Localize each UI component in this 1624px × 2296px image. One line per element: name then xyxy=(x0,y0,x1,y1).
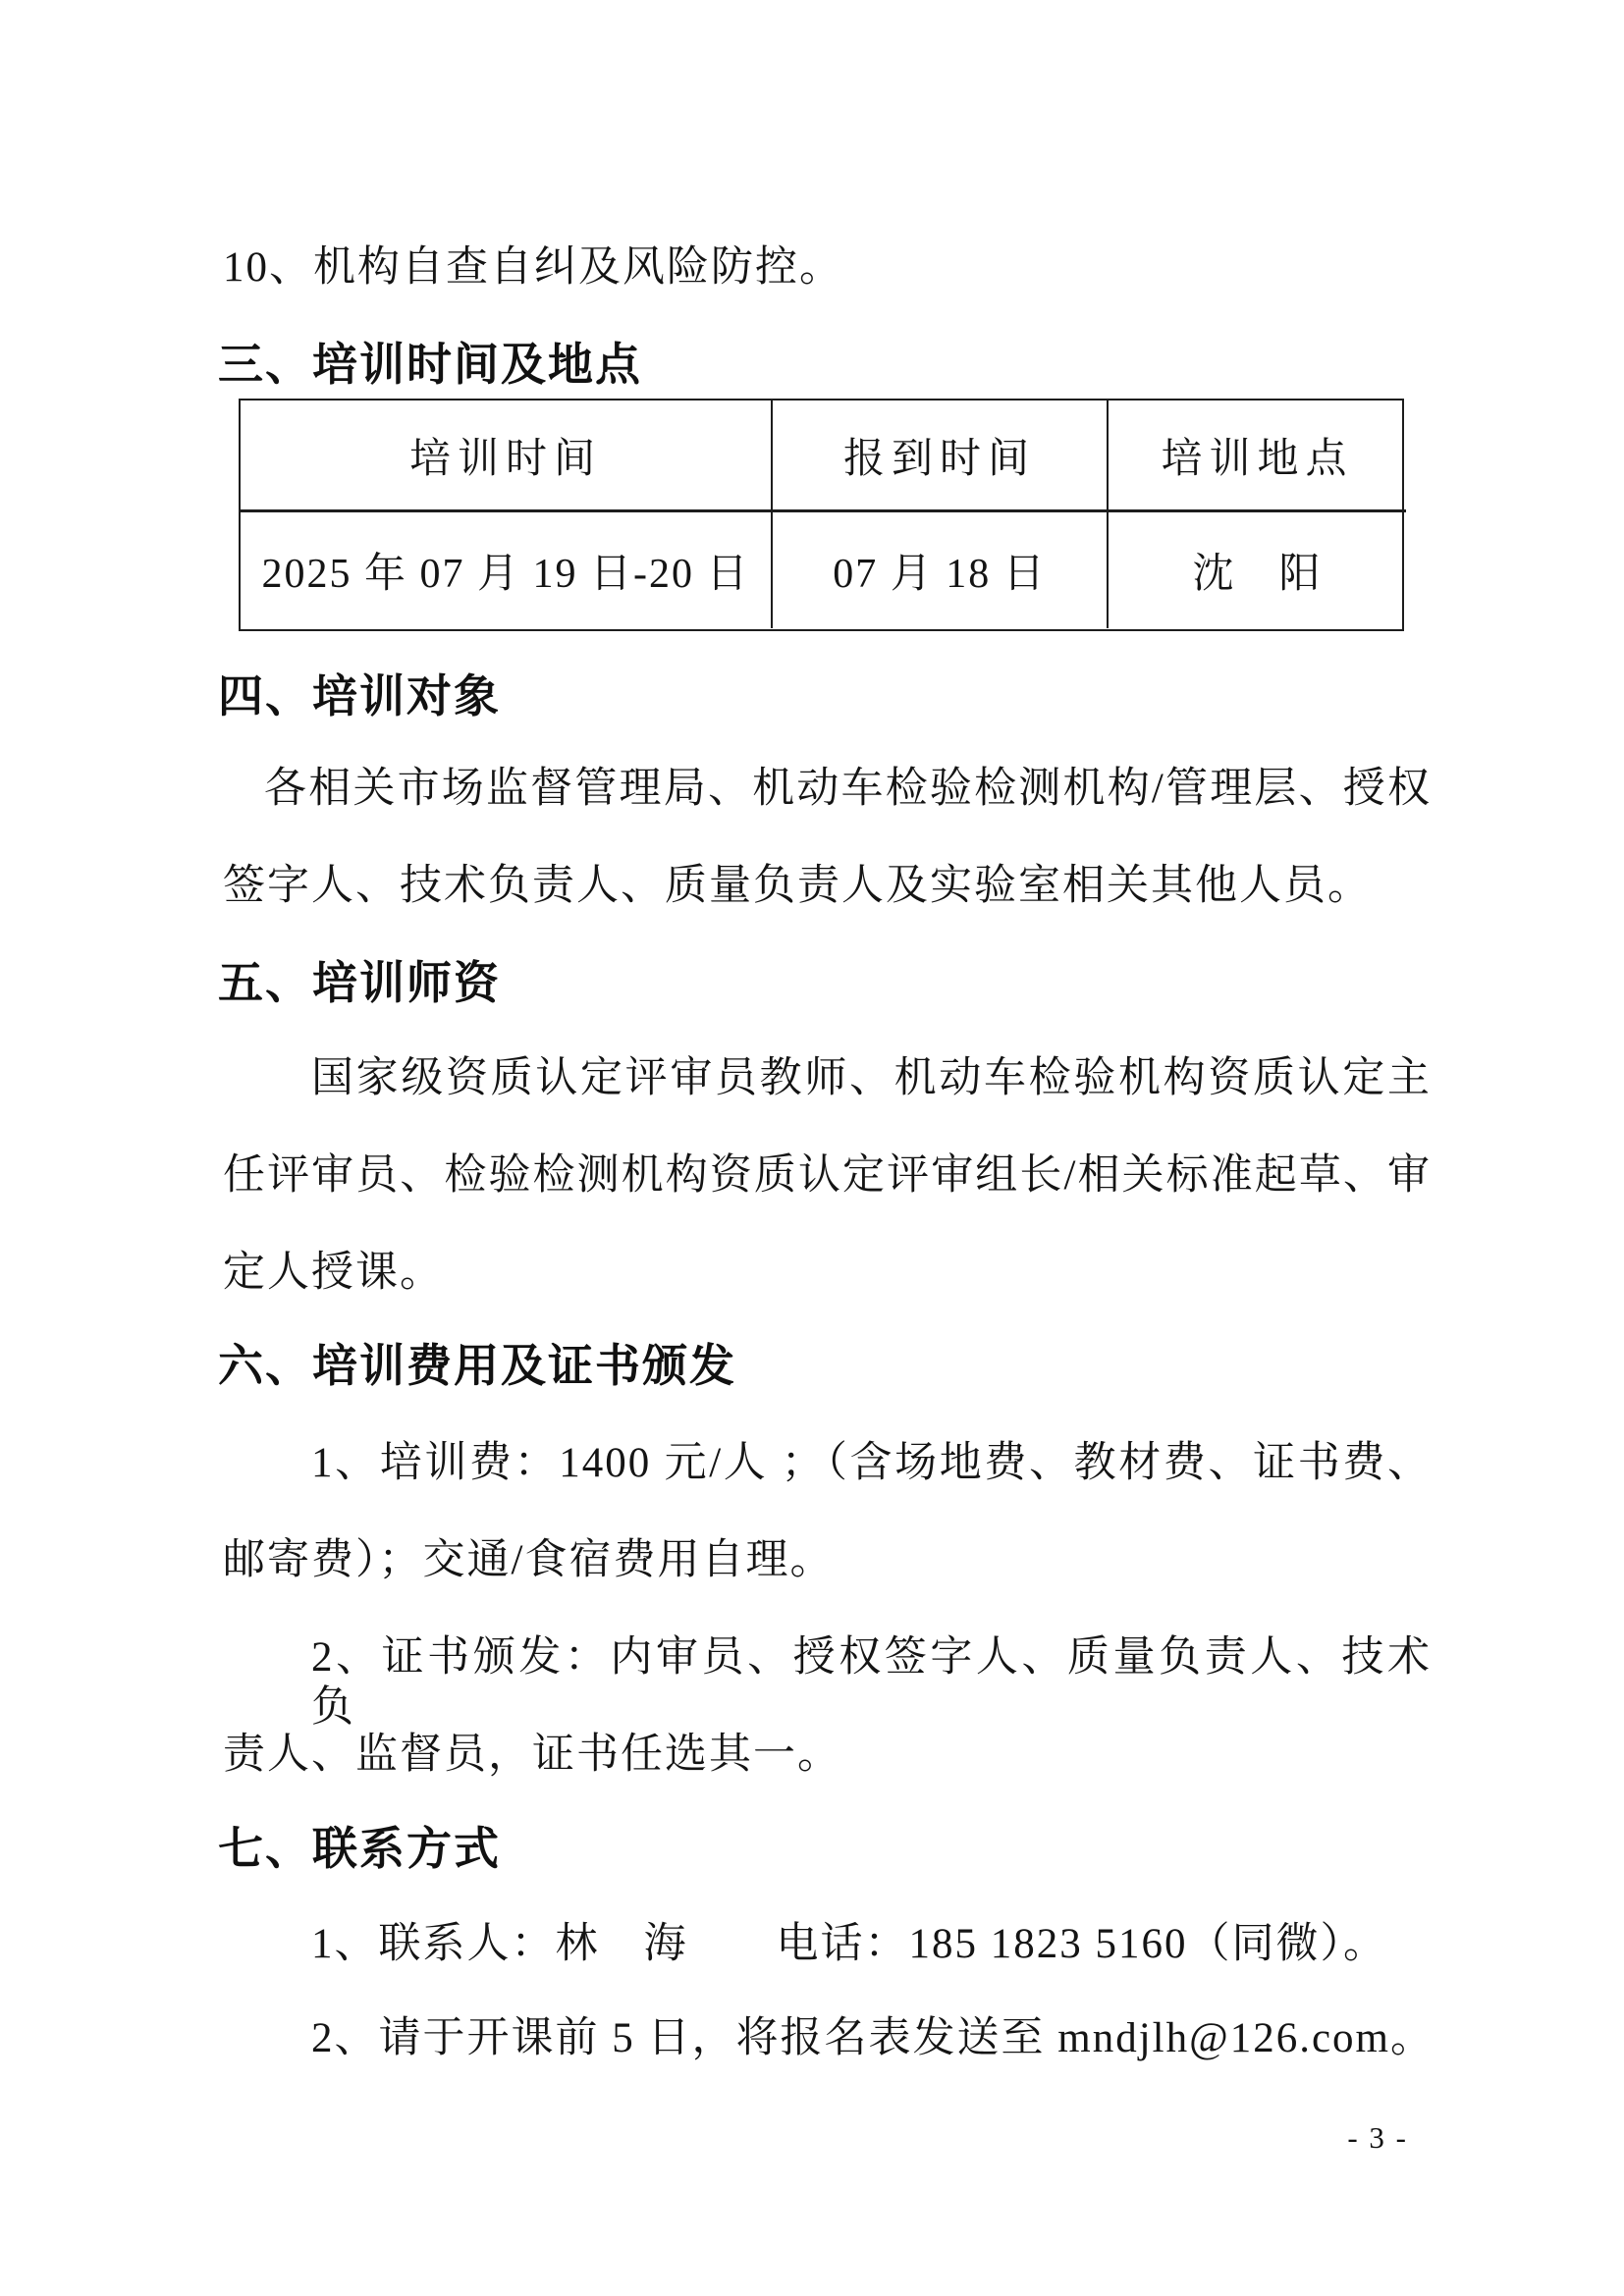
table-cell-training-time: 2025 年 07 月 19 日-20 日 xyxy=(241,512,773,628)
section-6-item-2-line: 2、证书颁发：内审员、授权签字人、质量负责人、技术负 xyxy=(223,1633,1432,1733)
table-header-training-location: 培训地点 xyxy=(1109,400,1406,512)
section-6-item-1-line: 1、培训费：1400 元/人 ；（含场地费、教材费、证书费、 xyxy=(223,1439,1432,1489)
training-schedule-table: 培训时间 报到时间 培训地点 2025 年 07 月 19 日-20 日 07 … xyxy=(239,399,1404,631)
section-7-item-1: 1、联系人：林 海 电话：185 1823 5160（同微）。 xyxy=(223,1920,1432,1970)
table-cell-checkin-time: 07 月 18 日 xyxy=(773,512,1109,628)
section-6-item-2-line: 责人、监督员，证书任选其一。 xyxy=(223,1731,1432,1781)
section-4-heading: 四、培训对象 xyxy=(218,671,501,721)
section-5-paragraph-line: 国家级资质认定评审员教师、机动车检验机构资质认定主 xyxy=(223,1054,1432,1104)
document-page: 10、机构自查自纠及风险防控。 三、培训时间及地点 培训时间 报到时间 培训地点… xyxy=(0,0,1624,2296)
section-6-item-1-line: 邮寄费）；交通/食宿费用自理。 xyxy=(223,1536,1432,1586)
section-5-paragraph-line: 定人授课。 xyxy=(223,1249,1432,1299)
list-item-10: 10、机构自查自纠及风险防控。 xyxy=(223,243,1432,294)
table-header-training-time: 培训时间 xyxy=(241,400,773,512)
page-number: - 3 - xyxy=(1347,2120,1408,2156)
section-5-paragraph-line: 任评审员、检验检测机构资质认定评审组长/相关标准起草、审 xyxy=(223,1151,1432,1201)
section-6-heading: 六、培训费用及证书颁发 xyxy=(218,1341,736,1391)
section-4-paragraph-line: 各相关市场监督管理局、机动车检验检测机构/管理层、授权 xyxy=(223,765,1432,815)
section-5-heading: 五、培训师资 xyxy=(218,958,501,1008)
section-7-item-2: 2、请于开课前 5 日，将报名表发送至 mndjlh@126.com。 xyxy=(223,2014,1432,2064)
table-cell-training-location: 沈 阳 xyxy=(1109,512,1406,628)
section-4-paragraph-line: 签字人、技术负责人、质量负责人及实验室相关其他人员。 xyxy=(223,862,1432,912)
section-7-heading: 七、联系方式 xyxy=(218,1824,501,1874)
section-3-heading: 三、培训时间及地点 xyxy=(218,340,642,390)
table-header-checkin-time: 报到时间 xyxy=(773,400,1109,512)
